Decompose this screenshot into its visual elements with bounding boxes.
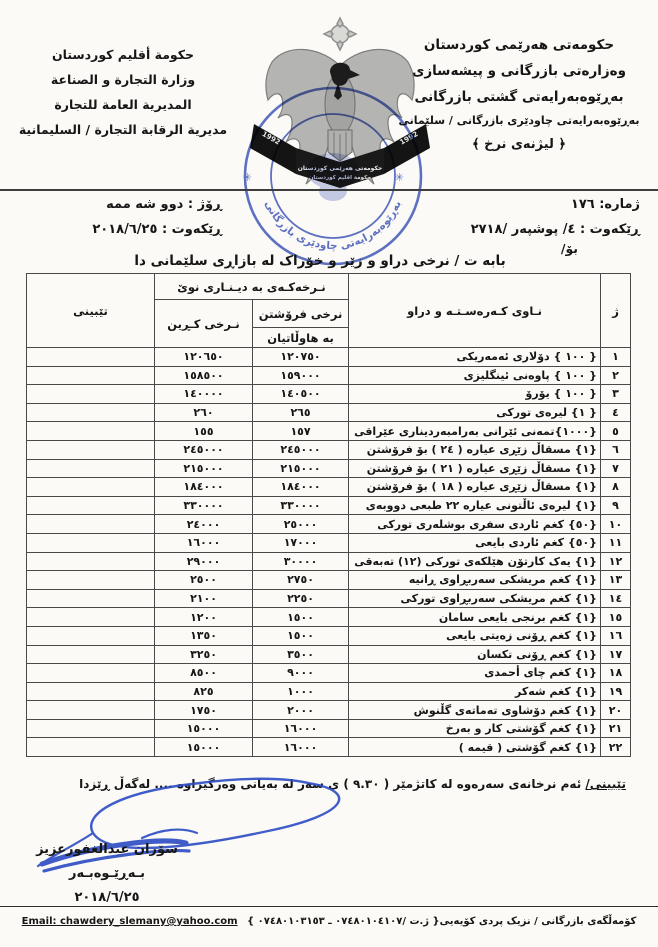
cell-note — [27, 515, 155, 534]
cell-sell-price: ٣٠٠٠٠ — [253, 552, 349, 571]
cell-buy-price: ١٧٥٠ — [155, 701, 253, 720]
cell-buy-price: ٨٢٥ — [155, 682, 253, 701]
cell-note — [27, 682, 155, 701]
cell-buy-price: ١٢٠٦٥٠ — [155, 348, 253, 367]
cell-sell-price: ٢١٥٠٠٠ — [253, 459, 349, 478]
letterhead-line: حكومة أقليم كوردستان — [14, 42, 232, 67]
cell-row-number: ٧ — [601, 459, 631, 478]
stamp-star-icon: ✳ — [395, 171, 404, 184]
cell-item-name: {١٠٠٠}تمەنی ئێرانی بەرامبەردیناری عێراقی — [349, 422, 601, 441]
cell-row-number: ٨ — [601, 478, 631, 497]
cell-item-name: {١} كغم مریشكی سەربڕاوی توركی — [349, 589, 601, 608]
cell-buy-price: ٢٥٠٠ — [155, 571, 253, 590]
cell-item-name: {١} كغم ڕۆنی تكسان — [349, 645, 601, 664]
cell-row-number: ٩ — [601, 496, 631, 515]
table-row: ١٧ {١} كغم ڕۆنی تكسان ٣٥٠٠ ٣٢٥٠ — [27, 645, 631, 664]
table-row: ٢٠ {١} كغم دۆشاوی تەماتەی گڵنوش ٢٠٠٠ ١٧٥… — [27, 701, 631, 720]
col-header-row-number: ژ — [601, 274, 631, 348]
cell-row-number: ١٥ — [601, 608, 631, 627]
cell-item-name: { ١٠٠ } دۆلاری ئەمەریكی — [349, 348, 601, 367]
cell-item-name: {١} كغم شەكر — [349, 682, 601, 701]
cell-buy-price: ٢٤٠٠٠ — [155, 515, 253, 534]
cell-item-name: {٥٠} كغم ئاردی سفری بوشلەری توركی — [349, 515, 601, 534]
cell-note — [27, 533, 155, 552]
cell-item-name: {١} یەک كارتۆن هێلكەی توركی (١٢) تەبەقی — [349, 552, 601, 571]
doc-date-kurdish: ڕێكەوت : ٤/ پوشپەر /٢٧١٨ — [471, 217, 640, 242]
cell-sell-price: ١٥٩٠٠٠ — [253, 366, 349, 385]
cell-buy-price: ٢١٠٠ — [155, 589, 253, 608]
cell-note — [27, 738, 155, 757]
cell-row-number: ٢١ — [601, 719, 631, 738]
letterhead-line: وزارة التجارة و الصناعة — [14, 67, 232, 92]
col-header-buy-price: نـرخی كـڕین — [155, 300, 253, 348]
cell-item-name: {٥٠} كغم ئاردی بایعی — [349, 533, 601, 552]
cell-sell-price: ١٦٠٠٠ — [253, 738, 349, 757]
letterhead-line: المديرية العامة للتجارة — [14, 92, 232, 117]
cell-buy-price: ٨٥٠٠ — [155, 664, 253, 683]
cell-buy-price: ١٨٤٠٠٠ — [155, 478, 253, 497]
cell-note — [27, 701, 155, 720]
cell-note — [27, 385, 155, 404]
table-row: ٢ { ١٠٠ } پاوەنی ئینگلیزی ١٥٩٠٠٠ ١٥٨٥٠٠ — [27, 366, 631, 385]
footer-note-text: ئەم نرخانەی سەرەوە لە كاتژمێر ( ٩.٣٠ ) ی… — [79, 777, 585, 791]
cell-buy-price: ١٥٨٥٠٠ — [155, 366, 253, 385]
cell-row-number: ١٧ — [601, 645, 631, 664]
meta-day-date: ڕۆژ : دوو شه ممه ڕێكەوت : ٢٠١٨/٦/٢٥ — [58, 192, 222, 242]
cell-row-number: ١٦ — [601, 626, 631, 645]
cell-item-name: {١} لیرەی ئاڵتونی عیارە ٢٢ طبعی دووبەی — [349, 496, 601, 515]
table-row: ١٦ {١} كغم ڕۆنی زەیتی بایعی ١٥٠٠ ١٣٥٠ — [27, 626, 631, 645]
cell-sell-price: ٢٥٠٠٠ — [253, 515, 349, 534]
price-table-header: ژ نـاوی كـەرەسـتـە و دراو نـرخەكـەی بە د… — [27, 274, 631, 348]
table-row: ٤ { ١} لیرەی توركی ٢٦٥ ٢٦٠ — [27, 403, 631, 422]
table-row: ١ { ١٠٠ } دۆلاری ئەمەریكی ١٢٠٧٥٠ ١٢٠٦٥٠ — [27, 348, 631, 367]
cell-sell-price: ١٢٠٧٥٠ — [253, 348, 349, 367]
footer-contact: كۆمەڵگەی بازرگانی / نزیک پردی كۆیەیی{ ژ.… — [0, 916, 658, 927]
letterhead-line: مديرية الرقابة التجارة / السليمانية — [14, 117, 232, 142]
cell-sell-price: ١٧٠٠٠ — [253, 533, 349, 552]
cell-sell-price: ٢٧٥٠ — [253, 571, 349, 590]
signer-name: سۆران عبدالغفورعزیز — [26, 838, 188, 862]
table-row: ١٨ {١} كغم چای أحمدی ٩٠٠٠ ٨٥٠٠ — [27, 664, 631, 683]
table-row: ١٥ {١} كغم برنجی بایعی سامان ١٥٠٠ ١٢٠٠ — [27, 608, 631, 627]
table-row: ٢١ {١} كغم گۆشتی كار و بەرخ ١٦٠٠٠ ١٥٠٠٠ — [27, 719, 631, 738]
cell-item-name: {١} مسقاڵ زێڕی عیارە ( ١٨ ) بۆ فرۆشتن — [349, 478, 601, 497]
cell-note — [27, 440, 155, 459]
contact-address: كۆمەڵگەی بازرگانی / نزیک پردی كۆیەیی{ ژ.… — [247, 916, 636, 927]
cell-buy-price: ١٥٥ — [155, 422, 253, 441]
cell-buy-price: ١٥٠٠٠ — [155, 719, 253, 738]
footer-note: تێبینی/ ئەم نرخانەی سەرەوە لە كاتژمێر ( … — [79, 777, 626, 791]
cell-note — [27, 403, 155, 422]
col-header-price-group: نـرخەكـەی بە دیـنـاری نوێ — [155, 274, 349, 300]
cell-sell-price: ٢٦٥ — [253, 403, 349, 422]
cell-note — [27, 626, 155, 645]
cell-item-name: {١} مسقاڵ زێڕی عیارە ( ٢٤ ) بۆ فرۆشتن — [349, 440, 601, 459]
cell-item-name: { ١٠٠ } یۆرۆ — [349, 385, 601, 404]
table-row: ١١ {٥٠} كغم ئاردی بایعی ١٧٠٠٠ ١٦٠٠٠ — [27, 533, 631, 552]
cell-note — [27, 608, 155, 627]
cell-row-number: ١ — [601, 348, 631, 367]
cell-sell-price: ١٥٠٠ — [253, 626, 349, 645]
stamp-star-icon: ✳ — [243, 171, 252, 184]
cell-row-number: ٢٠ — [601, 701, 631, 720]
cell-sell-price: ١٨٤٠٠٠ — [253, 478, 349, 497]
cell-row-number: ١٨ — [601, 664, 631, 683]
email-label: Email: — [22, 916, 57, 927]
cell-sell-price: ٩٠٠٠ — [253, 664, 349, 683]
cell-note — [27, 422, 155, 441]
contact-email: Email: chawdery_slemany@yahoo.com — [22, 916, 238, 927]
table-row: ١٣ {١} كغم مریشكی سەربڕاوی ڕانیه ٢٧٥٠ ٢٥… — [27, 571, 631, 590]
cell-note — [27, 478, 155, 497]
letterhead-arabic: حكومة أقليم كوردستان وزارة التجارة و الص… — [14, 42, 232, 142]
table-row: ٧ {١} مسقاڵ زێڕی عیارە ( ٢١ ) بۆ فرۆشتن … — [27, 459, 631, 478]
document-page: حكومەتی هەرێمی كوردستان وەزارەتی بازرگان… — [0, 0, 658, 947]
cell-buy-price: ٢٩٠٠٠ — [155, 552, 253, 571]
official-stamp: بەڕێوەبەرایەتی چاودێری بازرگانی ✳ ✳ — [238, 83, 428, 269]
cell-row-number: ٤ — [601, 403, 631, 422]
signature-block: سۆران عبدالغفورعزیز بـەڕێـوەبـەر ٢٠١٨/٦/… — [26, 838, 188, 910]
cell-sell-price: ١٥٧ — [253, 422, 349, 441]
cell-note — [27, 552, 155, 571]
table-row: ١٩ {١} كغم شەكر ١٠٠٠ ٨٢٥ — [27, 682, 631, 701]
meta-number-date: ژماره‌: ١٧٦ ڕێكەوت : ٤/ پوشپەر /٢٧١٨ — [471, 192, 640, 242]
cell-item-name: { ١٠٠ } پاوەنی ئینگلیزی — [349, 366, 601, 385]
price-table: ژ نـاوی كـەرەسـتـە و دراو نـرخەكـەی بە د… — [26, 273, 631, 757]
cell-item-name: {١} مسقاڵ زێڕی عیارە ( ٢١ ) بۆ فرۆشتن — [349, 459, 601, 478]
col-header-notes: تێبینی — [27, 274, 155, 348]
cell-item-name: {١} كغم مریشكی سەربڕاوی ڕانیه — [349, 571, 601, 590]
stamp-icon: بەڕێوەبەرایەتی چاودێری بازرگانی ✳ ✳ — [238, 83, 428, 269]
table-row: ٢٢ {١} كغم گۆشتی ( قیمه ) ١٦٠٠٠ ١٥٠٠٠ — [27, 738, 631, 757]
cell-buy-price: ١٢٠٠ — [155, 608, 253, 627]
col-header-sell-sub: بە هاوڵاتیان — [253, 328, 349, 348]
stamp-arc-text: بەڕێوەبەرایەتی چاودێری بازرگانی — [262, 199, 404, 252]
cell-note — [27, 719, 155, 738]
cell-buy-price: ٢١٥٠٠٠ — [155, 459, 253, 478]
cell-row-number: ٦ — [601, 440, 631, 459]
cell-row-number: ٣ — [601, 385, 631, 404]
doc-day: ڕۆژ : دوو شه ممه — [58, 192, 222, 217]
cell-row-number: ١٤ — [601, 589, 631, 608]
cell-sell-price: ١٦٠٠٠ — [253, 719, 349, 738]
cell-buy-price: ٣٢٥٠ — [155, 645, 253, 664]
cell-row-number: ١٠ — [601, 515, 631, 534]
cell-sell-price: ٣٥٠٠ — [253, 645, 349, 664]
cell-buy-price: ٢٦٠ — [155, 403, 253, 422]
cell-note — [27, 459, 155, 478]
cell-row-number: ٢٢ — [601, 738, 631, 757]
cell-item-name: {١} كغم ڕۆنی زەیتی بایعی — [349, 626, 601, 645]
cell-item-name: {١} كغم چای أحمدی — [349, 664, 601, 683]
table-row: ١٤ {١} كغم مریشكی سەربڕاوی توركی ٢٢٥٠ ٢١… — [27, 589, 631, 608]
cell-row-number: ١١ — [601, 533, 631, 552]
doc-number: ژماره‌: ١٧٦ — [471, 192, 640, 217]
price-table-body: ١ { ١٠٠ } دۆلاری ئەمەریكی ١٢٠٧٥٠ ١٢٠٦٥٠ … — [27, 348, 631, 757]
page-title: بابه ت / نرخی دراو و زێر و خۆراک له بازا… — [0, 253, 640, 269]
cell-note — [27, 664, 155, 683]
cell-note — [27, 366, 155, 385]
cell-sell-price: ٢٠٠٠ — [253, 701, 349, 720]
cell-item-name: {١} كغم برنجی بایعی سامان — [349, 608, 601, 627]
footer-note-label: تێبینی/ — [585, 777, 626, 791]
cell-row-number: ١٩ — [601, 682, 631, 701]
cell-buy-price: ٣٣٠٠٠٠ — [155, 496, 253, 515]
table-row: ١٢ {١} یەک كارتۆن هێلكەی توركی (١٢) تەبە… — [27, 552, 631, 571]
cell-buy-price: ١٥٠٠٠ — [155, 738, 253, 757]
cell-buy-price: ٢٤٥٠٠٠ — [155, 440, 253, 459]
cell-item-name: {١} كغم دۆشاوی تەماتەی گڵنوش — [349, 701, 601, 720]
footer-divider — [0, 906, 658, 907]
cell-row-number: ٢ — [601, 366, 631, 385]
header-divider — [0, 189, 658, 191]
cell-note — [27, 496, 155, 515]
table-row: ٥ {١٠٠٠}تمەنی ئێرانی بەرامبەردیناری عێرا… — [27, 422, 631, 441]
cell-row-number: ١٢ — [601, 552, 631, 571]
col-header-item-name: نـاوی كـەرەسـتـە و دراو — [349, 274, 601, 348]
cell-buy-price: ١٦٠٠٠ — [155, 533, 253, 552]
cell-note — [27, 571, 155, 590]
cell-sell-price: ١٥٠٠ — [253, 608, 349, 627]
cell-sell-price: ١٤٠٥٠٠ — [253, 385, 349, 404]
cell-note — [27, 589, 155, 608]
col-header-sell-price: نرخی فرۆشتن — [253, 300, 349, 328]
signer-title: بـەڕێـوەبـەر — [26, 862, 188, 886]
cell-buy-price: ١٤٠٠٠٠ — [155, 385, 253, 404]
cell-item-name: {١} كغم گۆشتی كار و بەرخ — [349, 719, 601, 738]
cell-sell-price: ١٠٠٠ — [253, 682, 349, 701]
cell-buy-price: ١٣٥٠ — [155, 626, 253, 645]
cell-item-name: { ١} لیرەی توركی — [349, 403, 601, 422]
cell-note — [27, 645, 155, 664]
cell-row-number: ١٣ — [601, 571, 631, 590]
table-row: ٦ {١} مسقاڵ زێڕی عیارە ( ٢٤ ) بۆ فرۆشتن … — [27, 440, 631, 459]
cell-row-number: ٥ — [601, 422, 631, 441]
table-row: ٩ {١} لیرەی ئاڵتونی عیارە ٢٢ طبعی دووبەی… — [27, 496, 631, 515]
cell-sell-price: ٣٣٠٠٠٠ — [253, 496, 349, 515]
table-row: ١٠ {٥٠} كغم ئاردی سفری بوشلەری توركی ٢٥٠… — [27, 515, 631, 534]
table-row: ٣ { ١٠٠ } یۆرۆ ١٤٠٥٠٠ ١٤٠٠٠٠ — [27, 385, 631, 404]
cell-note — [27, 348, 155, 367]
cell-item-name: {١} كغم گۆشتی ( قیمه ) — [349, 738, 601, 757]
cell-sell-price: ٢٢٥٠ — [253, 589, 349, 608]
table-row: ٨ {١} مسقاڵ زێڕی عیارە ( ١٨ ) بۆ فرۆشتن … — [27, 478, 631, 497]
doc-date-gregorian: ڕێكەوت : ٢٠١٨/٦/٢٥ — [58, 217, 222, 242]
email-address: chawdery_slemany@yahoo.com — [60, 916, 238, 927]
cell-sell-price: ٢٤٥٠٠٠ — [253, 440, 349, 459]
